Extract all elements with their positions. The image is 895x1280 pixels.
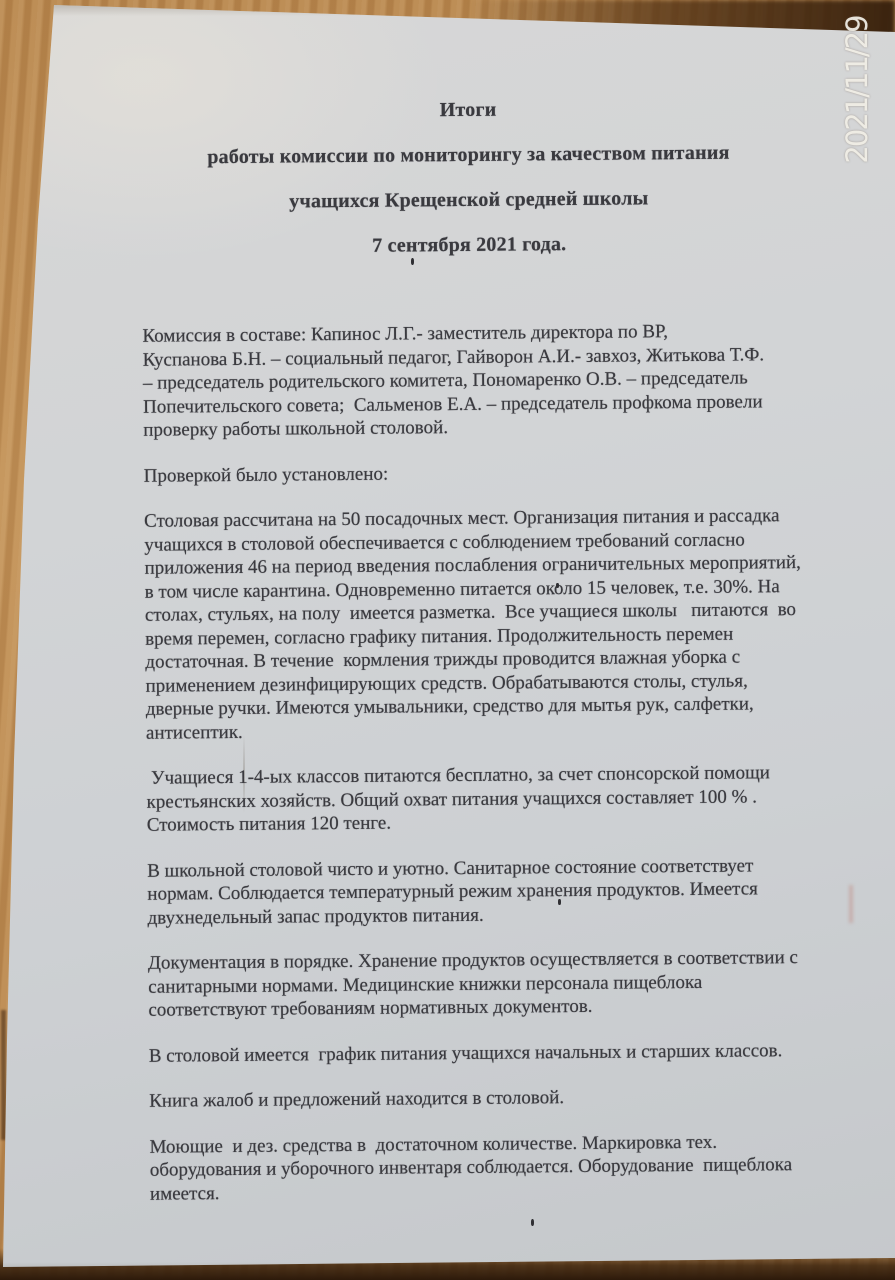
paragraph-canteen-details: Столовая рассчитана на 50 посадочных мес… [144, 504, 851, 745]
document-line: Книга жалоб и предложений находится в ст… [149, 1084, 854, 1114]
paragraph-meal-schedule: В столовой имеется график питания учащих… [149, 1038, 854, 1068]
document-line: проверку работы школьной столовой. [143, 413, 848, 443]
camera-timestamp: 2021/11/29 [837, 0, 877, 180]
paragraph-documentation: Документация в порядке. Хранение продукт… [148, 946, 854, 1023]
paragraph-findings-heading: Проверкой было установлено: [144, 458, 849, 488]
title-line: 7 сентября 2021 года. [137, 220, 802, 271]
ink-speck [558, 899, 561, 905]
title-line: учащихся Крещенской средней школы [136, 175, 801, 226]
document-line: Проверкой было установлено: [144, 458, 849, 488]
paragraph-complaints-book: Книга жалоб и предложений находится в ст… [149, 1084, 854, 1114]
paragraph-detergents: Моющие и дез. средства в достаточном кол… [149, 1129, 855, 1206]
document-text: Итоги работы комиссии по мониторингу за … [0, 0, 895, 1280]
title-line: Итоги [135, 85, 800, 136]
title-line: работы комиссии по мониторингу за качест… [136, 130, 801, 181]
document-title: Итоги работы комиссии по мониторингу за … [135, 85, 802, 271]
paragraph-commission: Комиссия в составе: Капинос Л.Г.- замест… [142, 319, 848, 443]
paragraph-sanitary-state: В школьной столовой чисто и уютно. Санит… [147, 853, 853, 930]
photo-scene: Итоги работы комиссии по мониторингу за … [0, 0, 895, 1280]
paragraph-free-meals: Учащиеся 1-4-ых классов питаются бесплат… [146, 761, 852, 838]
document-body: Комиссия в составе: Капинос Л.Г.- замест… [142, 319, 855, 1228]
ink-speck [411, 258, 414, 265]
document-line: Стоимость питания 120 тенге. [147, 808, 852, 838]
ink-speck [556, 583, 559, 588]
ink-speck [531, 1219, 534, 1226]
document-line: В столовой имеется график питания учащих… [149, 1038, 854, 1068]
document-line: соответствуют требованиям нормативных до… [148, 993, 853, 1023]
